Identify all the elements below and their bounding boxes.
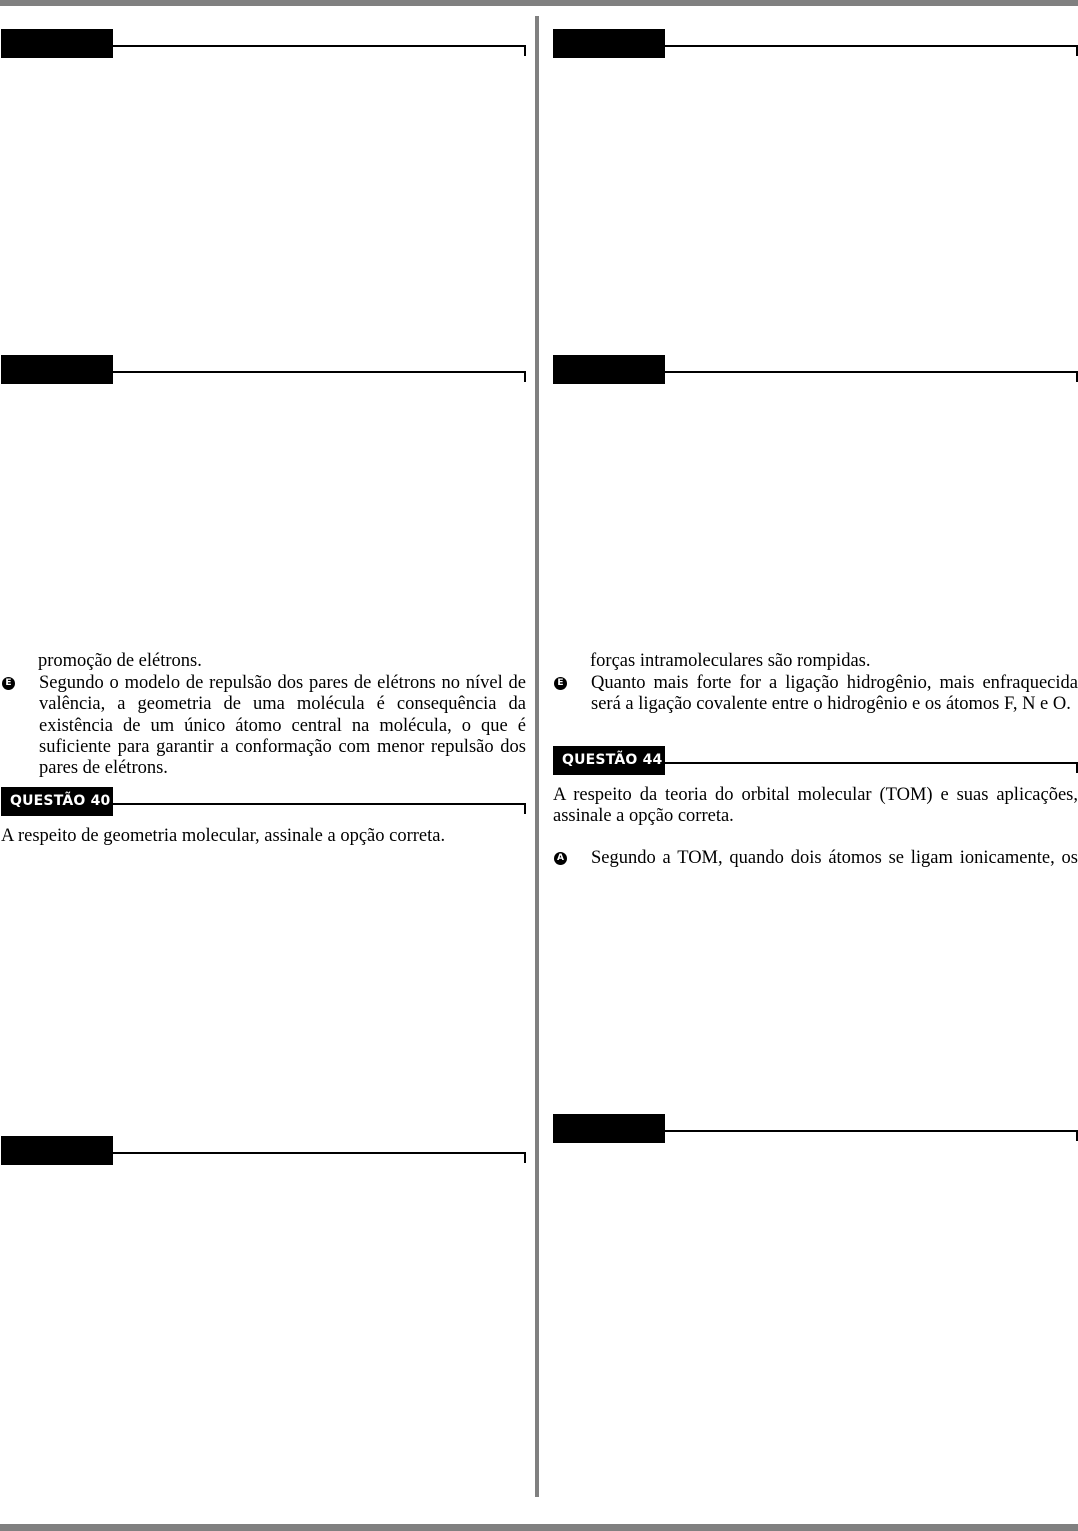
question-header [1,355,526,384]
option-a-text: Segundo a TOM, quando dois átomos se lig… [591,848,1078,869]
question-40-header: QUESTÃO 40 [1,787,526,816]
header-rule-tick [524,45,526,56]
option-e-text: Segundo o modelo de repulsão dos pares d… [39,673,526,779]
option-letter-e-icon: E [2,677,15,690]
question-header-label [1,29,113,58]
column-divider [535,16,539,1497]
option-e-text: Quanto mais forte for a ligação hidrogên… [591,673,1078,716]
question-44-label: QUESTÃO 44 [553,746,665,775]
header-rule [113,1152,526,1154]
header-rule [665,762,1078,764]
question-header [1,1136,526,1165]
top-border-bar [0,0,1078,6]
option-continuation-text: promoção de elétrons. [38,651,526,672]
question-header-label [1,355,113,384]
question-header-label [553,355,665,384]
header-rule [113,371,526,373]
option-a: A Segundo a TOM, quando dois átomos se l… [554,848,1078,870]
question-header-label [553,29,665,58]
question-40-label: QUESTÃO 40 [1,787,113,816]
question-44-prompt: A respeito da teoria do orbital molecula… [553,785,1078,828]
option-letter-a-icon: A [554,852,567,865]
header-rule [665,1130,1078,1132]
question-header [553,29,1078,58]
header-rule-tick [524,1152,526,1163]
header-rule [113,803,526,805]
option-e: E Segundo o modelo de repulsão dos pares… [2,673,526,783]
header-rule-tick [524,803,526,814]
question-44-header: QUESTÃO 44 [553,746,1078,775]
question-header-label [553,1114,665,1143]
question-header-label [1,1136,113,1165]
bottom-border-bar [0,1524,1078,1531]
header-rule [665,371,1078,373]
option-e: E Quanto mais forte for a ligação hidrog… [554,673,1078,739]
option-letter-e-icon: E [554,677,567,690]
header-rule-tick [524,371,526,382]
header-rule [113,45,526,47]
header-rule [665,45,1078,47]
question-header [553,1114,1078,1143]
question-header [1,29,526,58]
question-header [553,355,1078,384]
question-40-prompt: A respeito de geometria molecular, assin… [1,826,526,847]
option-continuation-text: forças intramoleculares são rompidas. [590,651,1078,672]
